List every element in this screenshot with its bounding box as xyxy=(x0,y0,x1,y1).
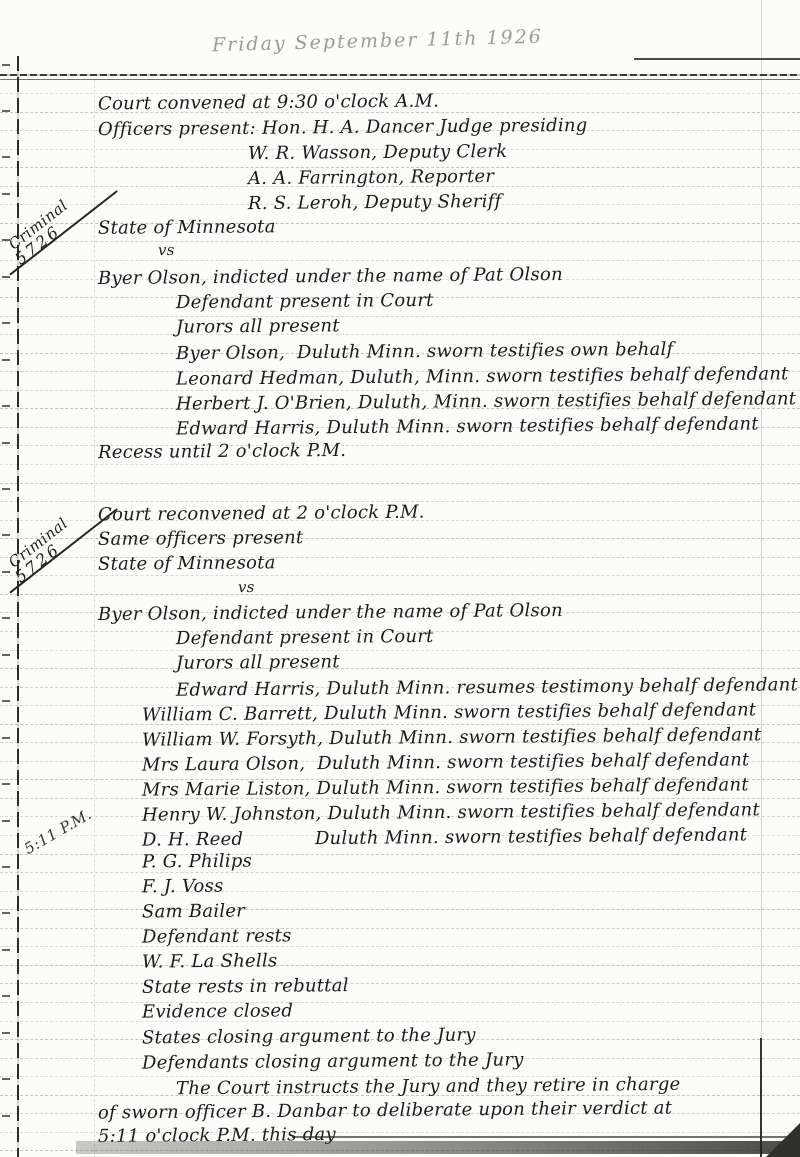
ledger-entry: Defendant present in Court xyxy=(176,290,434,313)
ruled-line xyxy=(0,334,800,335)
ledger-entry: The Court instructs the Jury and they re… xyxy=(176,1073,681,1098)
ledger-entry: Byer Olson, indicted under the name of P… xyxy=(98,264,563,289)
ruled-line xyxy=(0,1002,800,1003)
ledger-entry: Court convened at 9:30 o'clock A.M. xyxy=(98,91,439,115)
ruled-line xyxy=(0,594,800,595)
ledger-entry: Defendant present in Court xyxy=(176,626,434,649)
binding-tick xyxy=(2,156,10,158)
binding-tick xyxy=(2,1115,10,1117)
left-margin-rule xyxy=(17,56,19,1157)
ledger-entry: of sworn officer B. Danbar to deliberate… xyxy=(98,1098,672,1124)
ledger-entry: Defendants closing argument to the Jury xyxy=(142,1049,524,1073)
ledger-entry: vs xyxy=(158,241,175,259)
ruled-line xyxy=(0,928,800,929)
binding-tick xyxy=(2,110,10,112)
header-date: Friday September 11th 1926 xyxy=(212,26,543,57)
ledger-entry: State of Minnesota xyxy=(98,216,276,239)
binding-tick xyxy=(2,617,10,619)
ruled-line xyxy=(0,854,800,855)
ledger-entry: Same officers present xyxy=(98,527,304,550)
ledger-entry: Jurors all present xyxy=(176,652,340,674)
ruled-line xyxy=(0,965,800,966)
ledger-entry: vs xyxy=(238,577,255,595)
corner-blot xyxy=(766,1123,800,1157)
ledger-entry: Herbert J. O'Brien, Duluth, Minn. sworn … xyxy=(176,388,796,414)
binding-tick xyxy=(2,995,10,997)
ledger-entry: Byer Olson, indicted under the name of P… xyxy=(98,600,563,625)
scan-smudge-line xyxy=(292,1136,800,1138)
ledger-entry: R. S. Leroh, Deputy Sheriff xyxy=(248,190,502,213)
ledger-entry: A. A. Farrington, Reporter xyxy=(248,166,494,189)
ledger-entry: Sam Bailer xyxy=(142,901,245,923)
binding-tick xyxy=(2,912,10,914)
binding-tick xyxy=(2,64,10,66)
ledger-entry: Defendant rests xyxy=(142,925,292,947)
ruled-line xyxy=(0,872,800,873)
ledger-entry: Mrs Marie Liston, Duluth Minn. sworn tes… xyxy=(142,774,749,800)
ledger-entry: Henry W. Johnston, Duluth Minn. sworn te… xyxy=(142,799,760,825)
binding-tick xyxy=(2,654,10,656)
scan-smudge-band xyxy=(76,1141,800,1154)
ledger-entry: Edward Harris, Duluth Minn. sworn testif… xyxy=(176,413,759,439)
binding-tick xyxy=(2,534,10,536)
left-margin-guide xyxy=(94,80,96,1157)
ruled-line xyxy=(0,483,800,484)
ledger-entry: Court reconvened at 2 o'clock P.M. xyxy=(98,501,425,525)
ruled-line xyxy=(0,260,800,261)
ledger-entry: Leonard Hedman, Duluth, Minn. sworn test… xyxy=(176,363,789,389)
top-double-rule xyxy=(0,74,800,76)
binding-tick xyxy=(2,405,10,407)
binding-tick xyxy=(2,820,10,822)
ledger-entry: Mrs Laura Olson, Duluth Minn. sworn test… xyxy=(142,749,750,775)
ruled-line xyxy=(0,316,800,317)
ruled-line xyxy=(0,650,800,651)
ruled-line xyxy=(0,575,800,576)
ledger-entry: State of Minnesota xyxy=(98,552,276,575)
ledger-page: Friday September 11th 1926 Criminal 5726… xyxy=(0,0,800,1157)
binding-tick xyxy=(2,783,10,785)
binding-tick xyxy=(2,866,10,868)
binding-tick xyxy=(2,488,10,490)
ruled-line xyxy=(0,946,800,947)
ledger-entry: State rests in rebuttal xyxy=(142,975,349,998)
margin-note-time: 5:11 P.M. xyxy=(21,805,95,858)
ledger-entry: William W. Forsyth, Duluth Minn. sworn t… xyxy=(142,724,762,750)
binding-tick xyxy=(2,193,10,195)
top-right-rule xyxy=(634,58,800,60)
ruled-line xyxy=(0,241,800,242)
ruled-line xyxy=(0,668,800,669)
ledger-entry: D. H. Reed Duluth Minn. sworn testifies … xyxy=(142,824,747,850)
binding-tick xyxy=(2,359,10,361)
ledger-entry: P. G. Philips xyxy=(142,851,252,873)
binding-tick xyxy=(2,1032,10,1034)
ruled-line xyxy=(0,909,800,910)
ruled-line xyxy=(0,983,800,984)
time-note-label: 5:11 P.M. xyxy=(21,805,95,858)
top-double-rule-lower xyxy=(0,79,800,80)
binding-tick xyxy=(2,276,10,278)
ledger-entry: W. F. La Shells xyxy=(142,950,278,972)
ledger-entry: W. R. Wasson, Deputy Clerk xyxy=(248,141,508,164)
right-margin-rule-dark xyxy=(760,1038,762,1157)
binding-tick xyxy=(2,1078,10,1080)
ruled-line xyxy=(0,1021,800,1022)
ledger-entry: Edward Harris, Duluth Minn. resumes test… xyxy=(176,674,798,700)
binding-tick xyxy=(2,322,10,324)
ledger-entry: William C. Barrett, Duluth Minn. sworn t… xyxy=(142,699,757,725)
ledger-entry: Byer Olson, Duluth Minn. sworn testifies… xyxy=(176,339,674,364)
binding-tick xyxy=(2,700,10,702)
right-margin-rule xyxy=(761,0,762,1157)
binding-tick xyxy=(2,442,10,444)
binding-tick xyxy=(2,949,10,951)
binding-tick xyxy=(2,737,10,739)
ledger-entry: F. J. Voss xyxy=(142,876,224,898)
ruled-line xyxy=(0,891,800,892)
ledger-entry: Recess until 2 o'clock P.M. xyxy=(98,440,346,463)
binding-tick xyxy=(2,571,10,573)
ruled-line xyxy=(0,464,800,465)
ledger-entry: Jurors all present xyxy=(176,315,340,337)
ledger-entry: States closing argument to the Jury xyxy=(142,1024,476,1048)
ledger-entry: Evidence closed xyxy=(142,1000,293,1022)
ledger-entry: Officers present: Hon. H. A. Dancer Judg… xyxy=(98,115,588,140)
